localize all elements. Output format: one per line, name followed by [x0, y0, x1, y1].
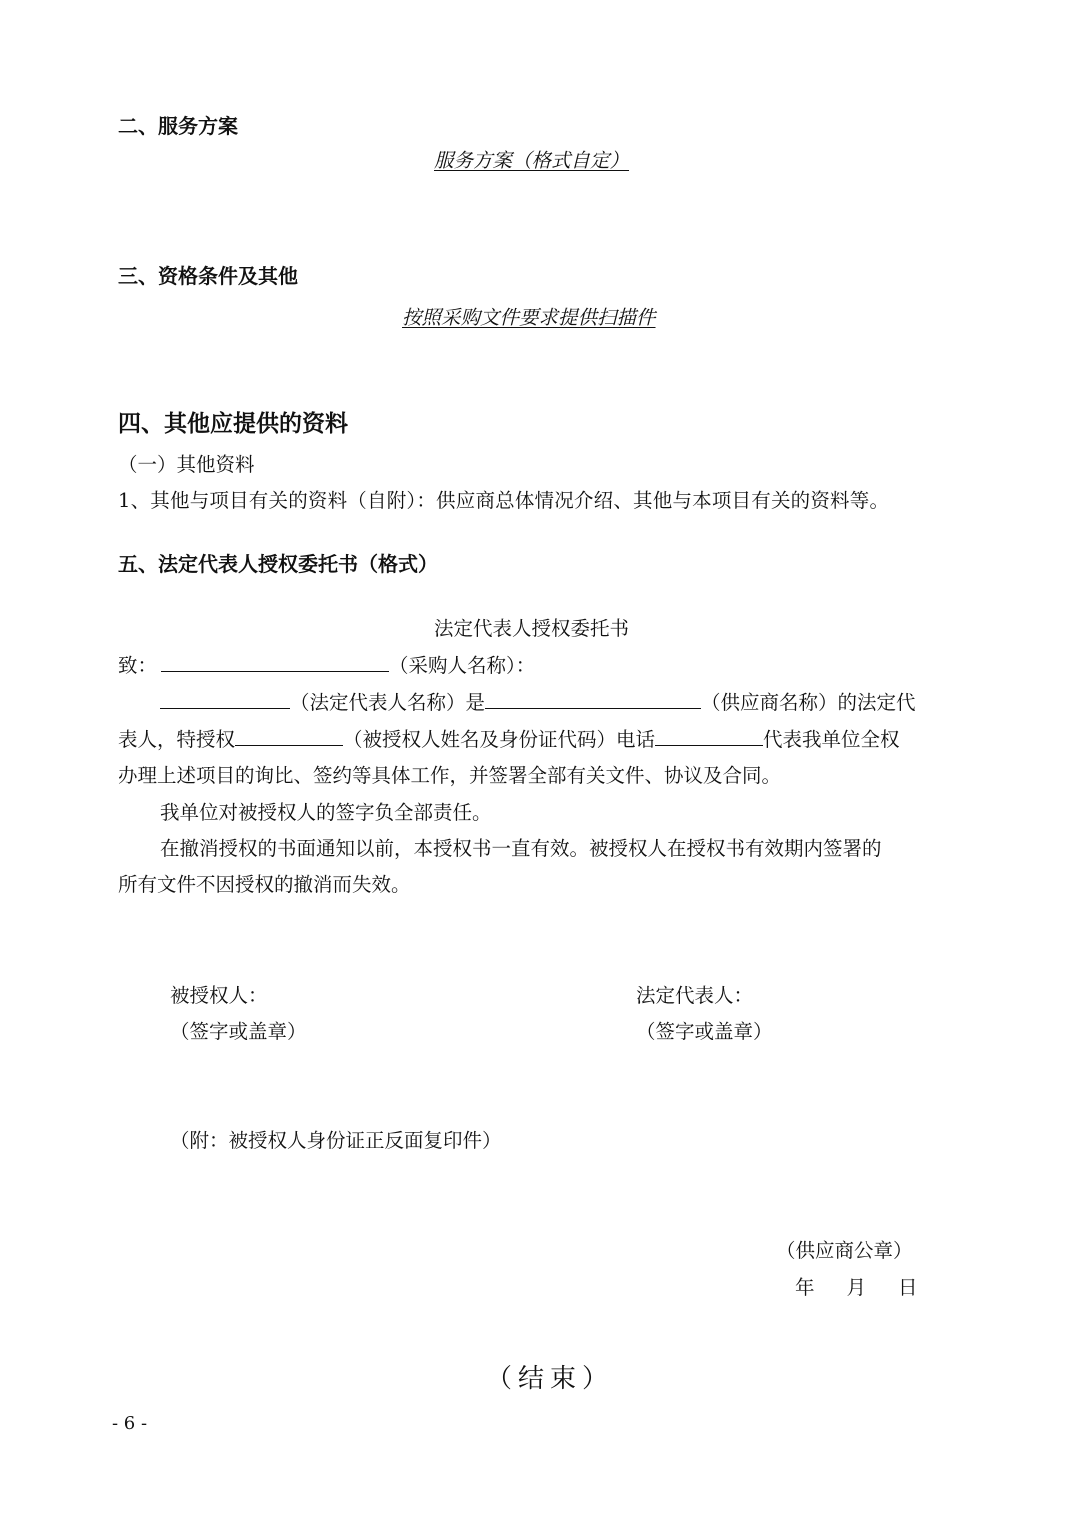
- supplier-name-blank[interactable]: [485, 688, 701, 709]
- letter-line-4: 办理上述项目的询比、签约等具体工作，并签署全部有关文件、协议及合同。: [118, 760, 781, 788]
- phone-blank[interactable]: [655, 725, 763, 746]
- letter-line-2: （法定代表人名称）是（供应商名称）的法定代: [160, 687, 916, 715]
- company-seal-label: （供应商公章）: [776, 1235, 913, 1263]
- page-number: - 6 -: [112, 1413, 147, 1434]
- qualifications-placeholder: 按照采购文件要求提供扫描件: [402, 302, 656, 330]
- letter-responsibility-paragraph: 我单位对被授权人的签字负全部责任。: [160, 797, 492, 825]
- date-day: 日: [898, 1276, 918, 1299]
- section-heading-qualifications: 三、资格条件及其他: [118, 260, 298, 289]
- end-mark: （结束）: [486, 1358, 614, 1395]
- section-heading-service-plan: 二、服务方案: [118, 110, 238, 139]
- line3-text-b: （被授权人姓名及身份证代码）电话: [343, 728, 655, 751]
- service-plan-placeholder: 服务方案（格式自定）: [434, 145, 629, 173]
- line2-text-a: （法定代表人名称）是: [290, 691, 485, 714]
- legal-rep-sign-note: （签字或盖章）: [636, 1016, 773, 1044]
- subsection-other-materials: （一）其他资料: [118, 449, 255, 477]
- letter-validity-line-2: 所有文件不因授权的撤消而失效。: [118, 869, 411, 897]
- letter-validity-line-1: 在撤消授权的书面通知以前，本授权书一直有效。被授权人在授权书有效期内签署的: [160, 833, 882, 861]
- letter-title: 法定代表人授权委托书: [434, 613, 629, 641]
- legal-rep-label: 法定代表人：: [636, 980, 753, 1008]
- line3-text-a: 表人，特授权: [118, 728, 235, 751]
- section-heading-other-materials: 四、其他应提供的资料: [118, 405, 348, 438]
- letter-line-3: 表人，特授权（被授权人姓名及身份证代码）电话代表我单位全权: [118, 724, 900, 752]
- to-suffix: （采购人名称）：: [389, 654, 535, 677]
- line2-text-b: （供应商名称）的法定代: [701, 691, 916, 714]
- letter-recipient-line: 致：（采购人名称）：: [118, 650, 535, 678]
- authorized-person-label: 被授权人：: [170, 980, 268, 1008]
- attachment-note: （附：被授权人身份证正反面复印件）: [170, 1125, 502, 1153]
- to-prefix: 致：: [118, 654, 157, 677]
- authorized-person-sign-note: （签字或盖章）: [170, 1016, 307, 1044]
- date-month: 月: [847, 1276, 867, 1299]
- purchaser-name-blank[interactable]: [161, 651, 389, 672]
- line3-text-c: 代表我单位全权: [763, 728, 900, 751]
- section-heading-authorization-letter: 五、法定代表人授权委托书（格式）: [118, 548, 438, 577]
- other-materials-item-1: 1、其他与项目有关的资料（自附）：供应商总体情况介绍、其他与本项目有关的资料等。: [118, 485, 889, 513]
- date-line: 年月日: [795, 1272, 918, 1300]
- legal-rep-name-blank[interactable]: [160, 688, 290, 709]
- date-year: 年: [795, 1276, 815, 1299]
- authorized-person-blank[interactable]: [235, 725, 343, 746]
